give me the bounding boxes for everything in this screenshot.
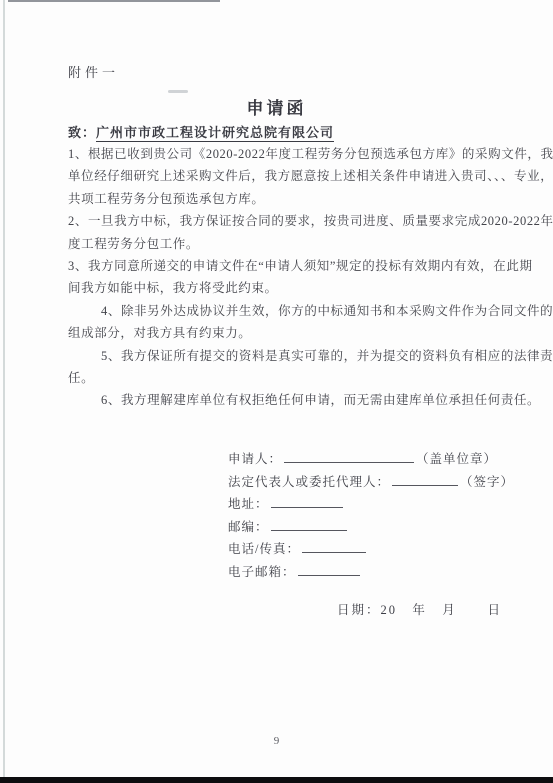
- addressee-line: 致：广州市市政工程设计研究总院有限公司: [68, 122, 334, 141]
- addressee-label: 致：: [68, 125, 96, 140]
- form-row-applicant: 申请人：（盖单位章）: [228, 448, 514, 471]
- body-line: 度工程劳务分包工作。: [68, 233, 491, 255]
- scan-artifact-bottom-bar: [0, 777, 553, 783]
- applicant-suffix: （盖单位章）: [416, 452, 497, 466]
- address-blank-line: [271, 495, 343, 508]
- signature-form: 申请人：（盖单位章） 法定代表人或委托代理人：（签字） 地址： 邮编： 电话/传…: [228, 448, 514, 584]
- postcode-blank-line: [271, 518, 347, 531]
- legal-representative-label: 法定代表人或委托代理人：: [228, 475, 390, 489]
- email-label: 电子邮箱：: [228, 565, 296, 579]
- body-line: 5、我方保证所有提交的资料是真实可靠的，并为提交的资料负有相应的法律责: [68, 345, 491, 367]
- date-line: 日期：20 年 月 日: [337, 600, 502, 618]
- form-row-phone-fax: 电话/传真：: [228, 538, 514, 561]
- attachment-label: 附件一: [68, 62, 119, 81]
- email-blank-line: [298, 563, 360, 576]
- body-line: 任。: [68, 367, 491, 389]
- form-row-address: 地址：: [228, 493, 514, 516]
- applicant-blank-line: [284, 450, 414, 463]
- legal-representative-blank-line: [392, 473, 458, 486]
- body-line: 6、我方理解建库单位有权拒绝任何申请，而无需由建库单位承担任何责任。: [68, 389, 491, 411]
- phone-fax-label: 电话/传真：: [228, 542, 300, 556]
- page-number: 9: [0, 735, 553, 747]
- body-line: 单位经仔细研究上述采购文件后，我方愿意按上述相关条件申请进入贵司、、、专业，: [68, 165, 491, 187]
- body-text: 1、根据已收到贵公司《2020-2022年度工程劳务分包预选承包方库》的采购文件…: [68, 143, 491, 412]
- body-line: 2、一旦我方中标，我方保证按合同的要求，按贵司进度、质量要求完成2020-202…: [68, 210, 491, 232]
- body-line: 间我方如能中标，我方将受此约束。: [68, 277, 491, 299]
- legal-representative-suffix: （签字）: [460, 475, 514, 489]
- scanned-document-page: 附件一 申请函 致：广州市市政工程设计研究总院有限公司 1、根据已收到贵公司《2…: [0, 0, 553, 783]
- body-line: 组成部分，对我方具有约束力。: [68, 322, 491, 344]
- form-row-email: 电子邮箱：: [228, 561, 514, 584]
- scan-artifact-top-line: [8, 0, 220, 2]
- body-line: 1、根据已收到贵公司《2020-2022年度工程劳务分包预选承包方库》的采购文件…: [68, 143, 491, 165]
- form-row-legal-representative: 法定代表人或委托代理人：（签字）: [228, 471, 514, 494]
- postcode-label: 邮编：: [228, 520, 269, 534]
- scan-artifact-smudge: [168, 90, 188, 93]
- body-line: 4、除非另外达成协议并生效，你方的中标通知书和本采购文件作为合同文件的: [68, 300, 491, 322]
- phone-fax-blank-line: [302, 540, 366, 553]
- addressee-company: 广州市市政工程设计研究总院有限公司: [96, 125, 334, 142]
- form-row-postcode: 邮编：: [228, 516, 514, 539]
- body-line: 共项工程劳务分包预选承包方库。: [68, 188, 491, 210]
- applicant-label: 申请人：: [228, 452, 282, 466]
- document-title: 申请函: [0, 94, 553, 119]
- body-line: 3、我方同意所递交的申请文件在“申请人须知”规定的投标有效期内有效，在此期: [68, 255, 491, 277]
- address-label: 地址：: [228, 497, 269, 511]
